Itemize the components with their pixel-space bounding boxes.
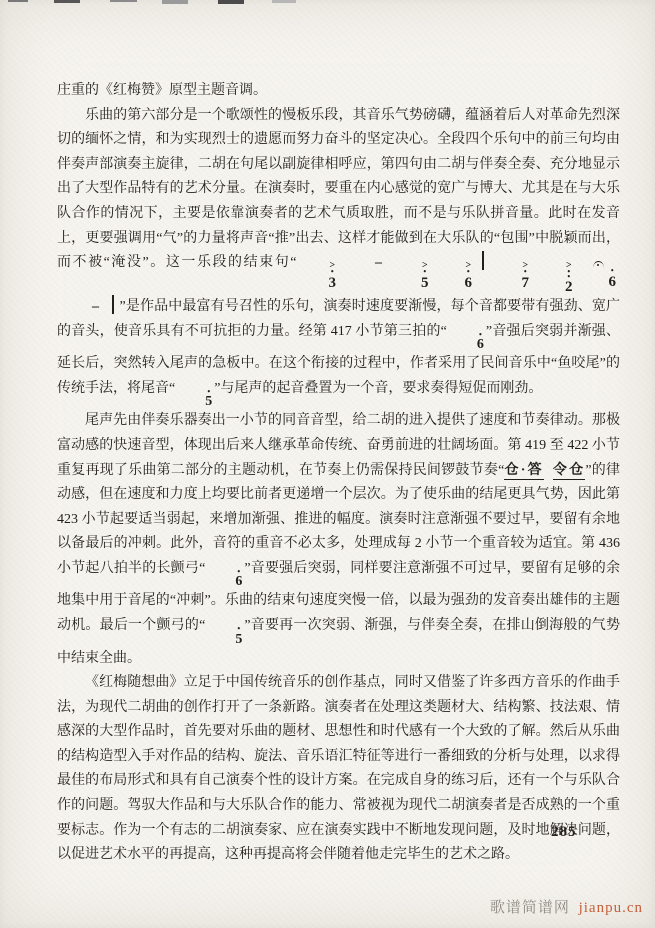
barline [112,295,114,314]
scan-edge-artifacts [0,0,655,8]
paragraph: 庄重的《红梅赞》原型主题音调。 [57,79,620,104]
luogu-percussion-notation: 仓·答 [504,463,544,480]
note-digit: 6 [207,574,242,589]
page-number: 285 [551,824,577,841]
fermata-icon [593,261,604,268]
luogu-percussion-notation: 令仓 [553,463,585,480]
note-digit: 5 [393,275,429,291]
jianpu-note: •5 [177,390,212,410]
note-dash: – [64,295,99,320]
scan-artifact-mark [54,0,80,3]
jianpu-note: >•3 [301,262,337,291]
jianpu-note: •6 [207,570,242,590]
paragraph: 《红梅随想曲》立足于中国传统音乐的创作基点，同时又借鉴了许多西方音乐的作曲手法，… [57,671,620,868]
scan-artifact-mark [272,0,296,3]
jianpu-note: •6 [581,261,617,290]
note-digit: 6 [449,337,484,352]
watermark-site-name: 歌谱简谱网 [490,900,570,916]
scan-artifact-mark [8,0,28,2]
paragraph: 乐曲的第六部分是一个歌颂性的慢板乐段，其音乐气势磅礴，蕴涵着后人对革命先烈深切的… [57,104,620,410]
scan-artifact-mark [110,0,137,2]
text-block: 庄重的《红梅赞》原型主题音调。乐曲的第六部分是一个歌颂性的慢板乐段，其音乐气势磅… [57,79,620,868]
barline [482,251,484,270]
paragraph: 尾声先由伴奏乐器奏出一小节的同音音型，给二胡的进入提供了速度和节奏律动。那极富动… [57,409,620,671]
jianpu-note: •5 [207,627,242,647]
scan-artifact-mark [162,0,188,4]
watermark: 歌谱简谱网 jianpu.cn [490,896,643,917]
watermark-site-url: jianpu.cn [579,900,643,916]
scan-artifact-mark [218,0,244,4]
scanned-book-page: { "artifacts": { "top_marks": [ {"x": 8,… [0,0,655,928]
note-digit: 5 [177,394,212,409]
note-digit: 2 [537,279,573,295]
jianpu-note: >•6 [437,262,473,291]
note-digit: 6 [437,275,473,291]
jianpu-note: >••2 [537,262,573,295]
note-dash: – [347,251,382,276]
jianpu-note: >•7 [494,262,530,291]
note-digit: 3 [301,275,337,291]
note-digit: 7 [494,275,530,291]
note-digit: 6 [581,274,617,290]
jianpu-note: >•5 [393,262,429,291]
jianpu-note: •6 [449,333,484,353]
note-digit: 5 [207,632,242,647]
